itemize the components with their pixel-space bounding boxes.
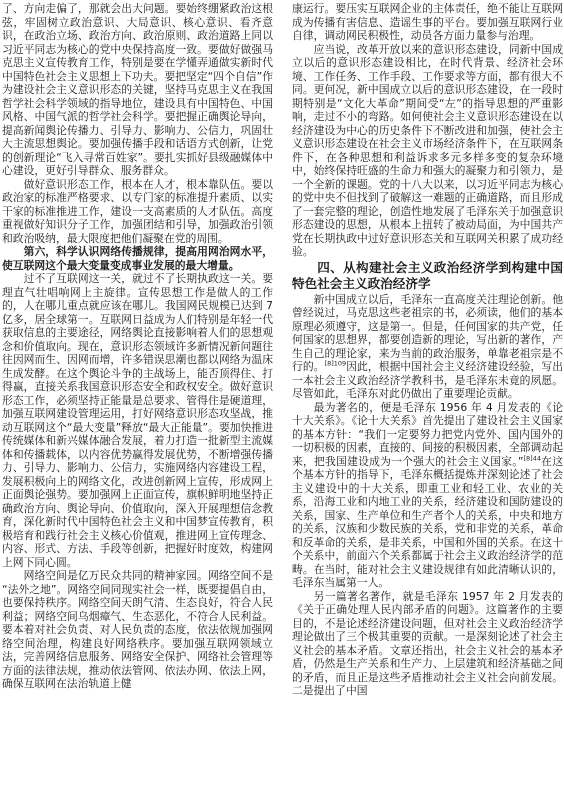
left-column: 了、方向走偏了，那就会出大问题。要始终绷紧政治这根弦，牢固树立政治意识、大局意识… [2, 2, 273, 797]
paragraph-cyberspace-rule-of-law: 网络空间是亿万民众共同的精神家园。网络空间不是“法外之地”。网络空间同现实社会一… [2, 569, 273, 691]
paragraph-text: 在这个基本方针的指导下，毛泽东概括提炼并深刻论述了社会主义建设中的十大关系，即重… [292, 455, 563, 590]
paragraph-ten-major-relations: 最为著名的，便是毛泽东 1956 年 4 月发表的《论十大关系》。《论十大关系》… [292, 401, 563, 590]
paragraph-theory-innovation: 新中国成立以后，毛泽东一直高度关注理论创新。他曾经说过，马克思这些老祖宗的书，必… [292, 293, 563, 401]
paragraph-internal-contradictions: 另一篇著名著作，就是毛泽东 1957 年 2 月发表的《关于正确处理人民内部矛盾… [292, 590, 563, 698]
paragraph-lead-sixth-point: 第六，科学认识网络传播规律，提高用网治网水平，使互联网这个最大变量变成事业发展的… [2, 245, 273, 272]
footnote-ref: [8]109 [325, 359, 347, 367]
right-column: 康运行。要压实互联网企业的主体责任，绝不能让互联网成为传播有害信息、造谣生事的平… [292, 2, 563, 797]
paragraph-reform-era-ideology: 应当说，改革开放以来的意识形态建设，同新中国成立以后的意识形态建设相比，在时代背… [292, 43, 563, 259]
paragraph-political-direction: 了、方向走偏了，那就会出大问题。要始终绷紧政治这根弦，牢固树立政治意识、大局意识… [2, 2, 273, 178]
paragraph-ideology-talent: 做好意识形态工作，根本在人才，根本靠队伍。要以政治家的标准严格要求、以专门家的标… [2, 178, 273, 246]
document-page: 了、方向走偏了，那就会出大问题。要始终绷紧政治这根弦，牢固树立政治意识、大局意识… [0, 0, 564, 797]
footnote-ref: [8]44 [523, 454, 540, 462]
paragraph-platform-responsibility: 康运行。要压实互联网企业的主体责任，绝不能让互联网成为传播有害信息、造谣生事的平… [292, 2, 563, 43]
section-heading-four: 四、从构建社会主义政治经济学到构建中国特色社会主义政治经济学 [292, 259, 563, 293]
paragraph-internet-governance: 过不了互联网这一关，就过不了长期执政这一关。要理直气壮唱响网上主旋律。宣传思想工… [2, 272, 273, 569]
